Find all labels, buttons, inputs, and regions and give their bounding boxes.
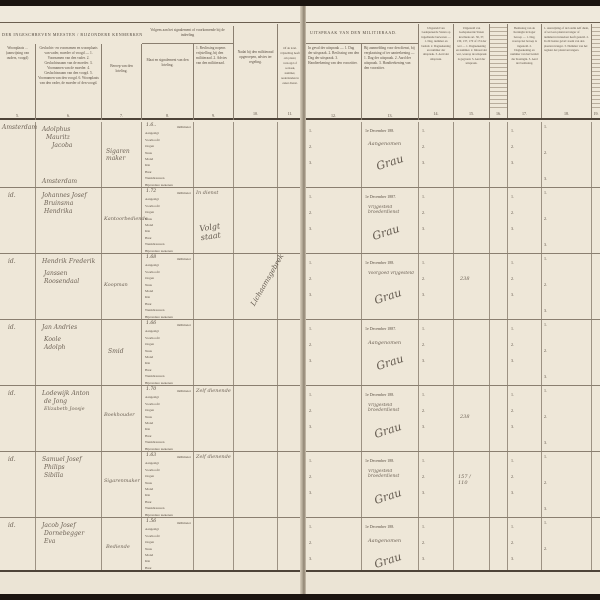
chairman-signature: Grau xyxy=(373,286,403,307)
right-entry-2: 1.2.3. 1e December 1887. Vrijgesteld bro… xyxy=(306,188,600,254)
decision-date: 1e December 188. xyxy=(365,392,394,397)
right-top-margin xyxy=(306,6,600,23)
occupation: Sigarenmaker xyxy=(104,478,140,484)
chairman-signature: Grau xyxy=(371,222,401,243)
chairman-signature: Grau xyxy=(373,486,403,507)
right-bottom-margin xyxy=(306,570,600,594)
decision-date: 1e December 188. xyxy=(365,128,394,133)
mother-name: Hendrika xyxy=(44,208,73,215)
signalement-labels: millimeterAangezigtVoorhoofdOogenNeusMon… xyxy=(145,388,191,452)
father-name: Johannes Josef xyxy=(42,192,87,199)
mother-name: Sibilla xyxy=(44,472,63,479)
signalement-labels: millimeterAangezigtVoorhoofdOogenNeusMon… xyxy=(145,124,191,188)
decision-date: 1e December 188. xyxy=(365,524,394,529)
occupation: Bediende xyxy=(106,544,130,550)
mother-surname: Koole xyxy=(44,336,61,343)
signalement-labels: millimeterAangezigtVoorhoofdOogenNeusMon… xyxy=(145,256,191,320)
col6-header: Geslachts- en voornamen en woonplaats va… xyxy=(36,44,102,120)
decision: Zelf dienende xyxy=(196,454,231,460)
mother-surname: Janssen xyxy=(44,270,67,277)
occupation: Boekhouder xyxy=(104,412,135,418)
col9-header: 1. Beslissing nopens vrijstelling, bij d… xyxy=(194,44,234,120)
right-entry-5: 1.2.3. 1e December 188. Vrijgesteld broe… xyxy=(306,386,600,452)
father-name: Samuel Josef xyxy=(42,456,82,463)
mother-surname: Mauritz xyxy=(46,134,70,141)
right-header-row: UITSPRAAK VAN DEN MILITIERAAD. In geval … xyxy=(306,24,600,120)
father-name: Jan Andries xyxy=(42,324,77,331)
mother-name: Roosendaal xyxy=(44,278,79,285)
mother-name: Adolph xyxy=(44,344,65,351)
mother-surname: Bruinsma xyxy=(44,200,73,207)
decision-date: 1e December 188. xyxy=(365,458,394,463)
col5-header: Woonplaats ... (aanwijzing van ouders, v… xyxy=(0,44,36,120)
signalement-labels: millimeterAangezigtVoorhoofdOogenNeusMon… xyxy=(145,322,191,386)
residence: id. xyxy=(8,456,16,463)
col15-header: Uitgesteld van Gedeputeerde Staten krach… xyxy=(454,24,490,118)
right-section-title: UITSPRAAK VAN DEN MILITIERAAD. xyxy=(310,30,397,35)
decision-type: Aangenomen xyxy=(368,340,401,346)
residence: Amsterdam xyxy=(2,124,37,131)
col8-header: Maat en signalement van den loteling. 8. xyxy=(142,44,194,120)
left-entry-1: Amsterdam Adolphus Mauritz Jacoba Amster… xyxy=(0,122,302,188)
residence: id. xyxy=(8,192,16,199)
father-name: Hendrik Frederik xyxy=(42,258,95,265)
register-number: 238 xyxy=(460,414,470,420)
left-entry-5: id. Lodewijk Anton de Jong Elizabeth Joo… xyxy=(0,386,302,452)
left-page: DER INGESCHREVEN MEESTEN / BIJZONDERE KE… xyxy=(0,6,302,594)
register-number: 157 / 110 xyxy=(458,474,472,486)
decision-type: Vrijgesteld broederdienst xyxy=(368,205,416,215)
occupation: Koopman xyxy=(104,282,128,288)
decision-type: Voorgoed vrijgesteld xyxy=(368,271,416,276)
residence: id. xyxy=(8,390,16,397)
mother-name: Eva xyxy=(44,538,55,545)
register-number: 238 xyxy=(460,276,470,282)
chairman-signature: Grau xyxy=(375,352,405,373)
left-entry-2: id. Johannes Josef Bruinsma Hendrika Kan… xyxy=(0,188,302,254)
col18-header: 1. Aanwijzing of de lotelin zelf dient, … xyxy=(542,24,592,118)
col7-header: Beroep van den loteling. 7. xyxy=(102,44,142,120)
father-name: Jacob Josef xyxy=(42,522,76,529)
decision-type: Aangenomen xyxy=(368,141,401,147)
col17-header: Beslissing van de Koningin in hoger bero… xyxy=(508,24,542,118)
right-entry-4: 1.2.3. 1e December 1887. Aangenomen Grau… xyxy=(306,320,600,386)
residence: id. xyxy=(8,258,16,265)
left-bottom-margin xyxy=(0,570,300,594)
chairman-signature: Grau xyxy=(373,420,403,441)
decision-date: 1e December 1887. xyxy=(365,326,396,331)
chairman-signature: Grau xyxy=(373,550,403,571)
chairman-signature: Grau xyxy=(375,152,405,173)
col19-header: 19. xyxy=(592,24,600,118)
signalement-labels: millimeterAangezigtVoorhoofdOogenNeusMon… xyxy=(145,190,191,254)
residence: id. xyxy=(8,324,16,331)
decision: In dienst xyxy=(196,190,218,196)
right-entry-3: 1.2.3. 1e December 188. Voorgoed vrijges… xyxy=(306,254,600,320)
col10-header: Nadat hij den militieraad opgeroepen, ad… xyxy=(234,24,278,118)
mother-surname: Dornebegger xyxy=(44,530,84,537)
decision-date: 1e December 188. xyxy=(365,260,394,265)
group-header-signalement: Volgens aan het signalement of voorkomen… xyxy=(142,26,234,44)
col13-header: Bij aanmelding voor den dienst, bij verp… xyxy=(362,44,419,120)
occupation: Smid xyxy=(108,348,124,355)
occupation: Sigaren maker xyxy=(106,148,140,162)
col11-header: Of de lotel. vrijstelling heeft om plaat… xyxy=(278,24,302,118)
ledger-spread: DER INGESCHREVEN MEESTEN / BIJZONDERE KE… xyxy=(0,6,600,594)
right-page: UITSPRAAK VAN DEN MILITIERAAD. In geval … xyxy=(306,6,600,594)
decision-type: Aangenomen xyxy=(368,538,401,544)
left-header-row: DER INGESCHREVEN MEESTEN / BIJZONDERE KE… xyxy=(0,24,302,120)
mother-surname: de Jong xyxy=(44,398,67,405)
decision-date: 1e December 1887. xyxy=(365,194,396,199)
left-entry-4: id. Jan Andries Koole Adolph Smid 1.66mi… xyxy=(0,320,302,386)
residence: id. xyxy=(8,522,16,529)
col12-header: In geval der uitspraak — 1. Dag der uits… xyxy=(306,44,362,120)
left-entry-3: id. Hendrik Frederik Janssen Roosendaal … xyxy=(0,254,302,320)
left-top-margin xyxy=(0,6,302,23)
decision-note: Volgt staat xyxy=(199,220,234,242)
decision-type: Vrijgesteld broederdienst xyxy=(368,469,416,479)
col16-header: 16. xyxy=(490,24,508,118)
left-section-title: DER INGESCHREVEN MEESTEN / BIJZONDERE KE… xyxy=(2,32,143,37)
father-name: Lodewijk Anton xyxy=(42,390,90,397)
father-name: Adolphus xyxy=(42,126,70,133)
signalement: 1.6.. millimeterAangezigtVoorhoofdOogenN… xyxy=(142,122,194,187)
parent-residence: Amsterdam xyxy=(42,178,77,185)
right-entry-6: 1.2.3. 1e December 188. Vrijgesteld broe… xyxy=(306,452,600,518)
right-entry-1: 1.2.3. 1e December 188. Aangenomen Grau … xyxy=(306,122,600,188)
decision: Zelf dienende xyxy=(196,388,231,394)
mother-name: Elizabeth Joosje xyxy=(44,406,85,412)
col14-header: Uitgesteld van Gedeputeerde Staten op in… xyxy=(419,24,454,118)
mother-name: Jacoba xyxy=(52,142,72,149)
left-entry-6: id. Samuel Josef Philips Sibilla Sigaren… xyxy=(0,452,302,518)
decision-type: Vrijgesteld broederdienst xyxy=(368,403,416,413)
mother-surname: Philips xyxy=(44,464,65,471)
signalement-labels: millimeterAangezigtVoorhoofdOogenNeusMon… xyxy=(145,454,191,518)
